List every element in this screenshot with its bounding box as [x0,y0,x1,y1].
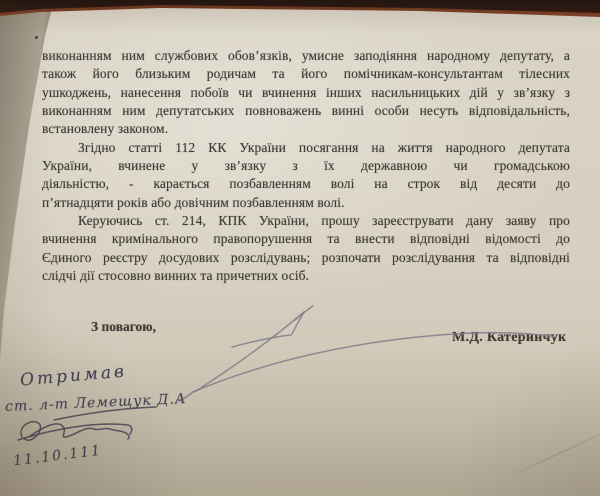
handwritten-signature-scribble [0,0,600,496]
document-photo: виконанням ним службових обов’язків, уми… [0,0,600,496]
